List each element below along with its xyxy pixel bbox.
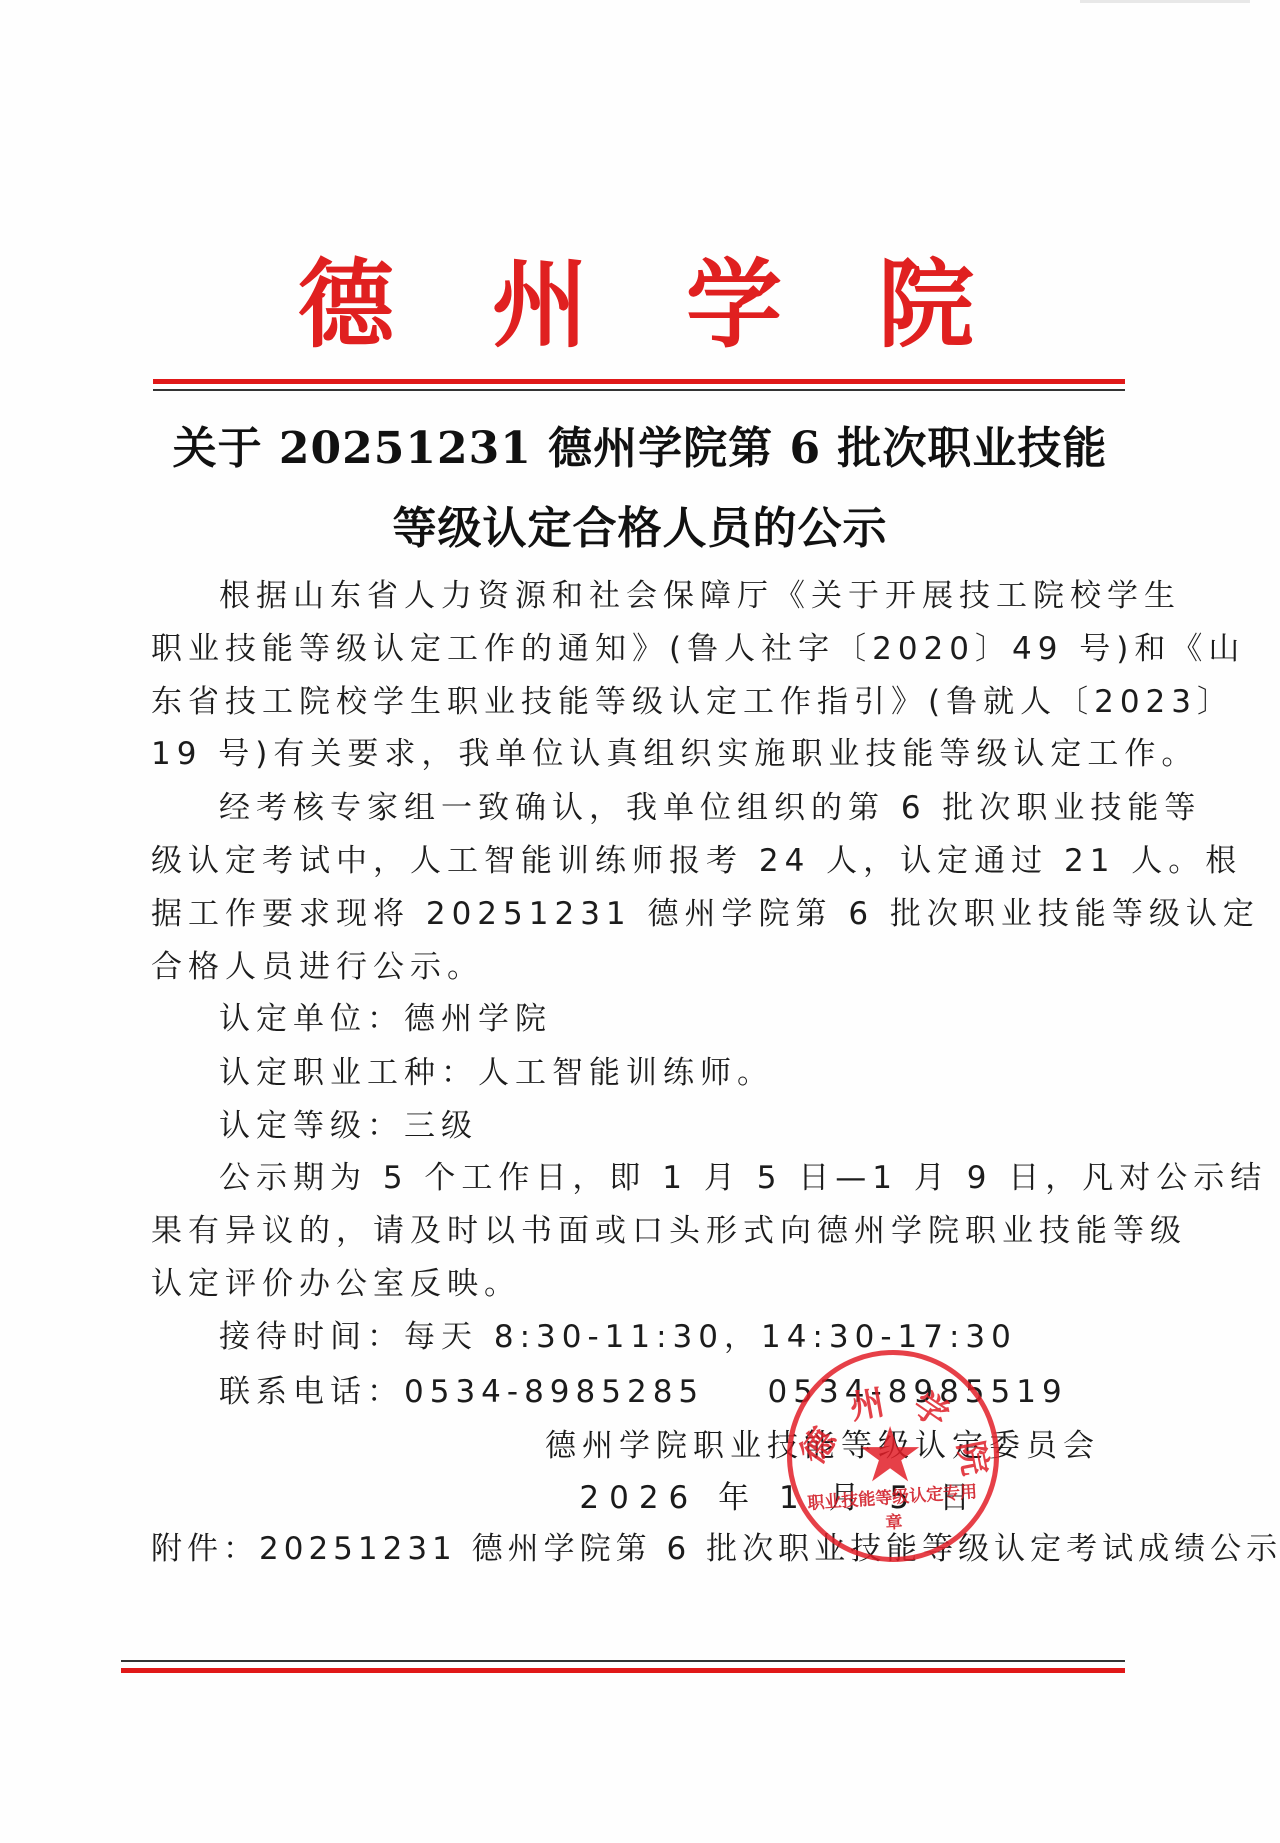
body-line: 据工作要求现将 20251231 德州学院第 6 批次职业技能等级认定 [151,888,1260,941]
body-line: 级认定考试中，人工智能训练师报考 24 人，认定通过 21 人。根 [151,835,1242,888]
document-page: 德 州 学 院 关于 20251231 德州学院第 6 批次职业技能 等级认定合… [0,0,1280,1843]
masthead-char: 州 [492,250,588,360]
header-red-rule [153,379,1125,384]
body-line: 职业技能等级认定工作的通知》(鲁人社字〔2020〕49 号)和《山 [151,623,1245,676]
attachment-note: 附件：20251231 德州学院第 6 批次职业技能等级认定考试成绩公示 [151,1523,1280,1576]
body-line: 根据山东省人力资源和社会保障厅《关于开展技工院校学生 [219,570,1181,623]
certification-unit: 认定单位：德州学院 [219,993,552,1046]
reception-hours: 接待时间：每天 8:30-11:30，14:30-17:30 [219,1311,1017,1364]
body-line: 经考核专家组一致确认，我单位组织的第 6 批次职业技能等 [219,782,1201,835]
footer-black-rule [121,1660,1125,1662]
masthead-char: 院 [878,250,974,360]
signature-organization: 德州学院职业技能等级认定委员会 [545,1420,1100,1465]
body-line: 合格人员进行公示。 [151,941,484,994]
body-line: 公示期为 5 个工作日，即 1 月 5 日—1 月 9 日，凡对公示结 [219,1152,1267,1205]
contact-phone: 联系电话：0534-8985285 0534-8985519 [219,1366,1068,1419]
signature-date: 2026 年 1 月 5 日 [579,1472,980,1517]
masthead-char: 德 [298,250,394,360]
header-black-rule [153,389,1125,391]
body-line: 19 号)有关要求，我单位认真组织实施职业技能等级认定工作。 [151,728,1198,781]
body-line: 东省技工院校学生职业技能等级认定工作指引》(鲁就人〔2023〕 [151,676,1234,729]
scan-edge [1080,0,1250,3]
masthead: 德 州 学 院 [0,250,1280,360]
certification-level: 认定等级：三级 [219,1100,478,1153]
document-title-line-2: 等级认定合格人员的公示 [0,492,1280,556]
body-line: 果有异议的，请及时以书面或口头形式向德州学院职业技能等级 [151,1205,1187,1258]
document-title-line-1: 关于 20251231 德州学院第 6 批次职业技能 [0,412,1280,476]
body-line: 认定评价办公室反映。 [151,1258,521,1311]
masthead-char: 学 [686,250,782,360]
certification-occupation: 认定职业工种：人工智能训练师。 [219,1047,774,1100]
footer-red-rule [121,1668,1125,1673]
